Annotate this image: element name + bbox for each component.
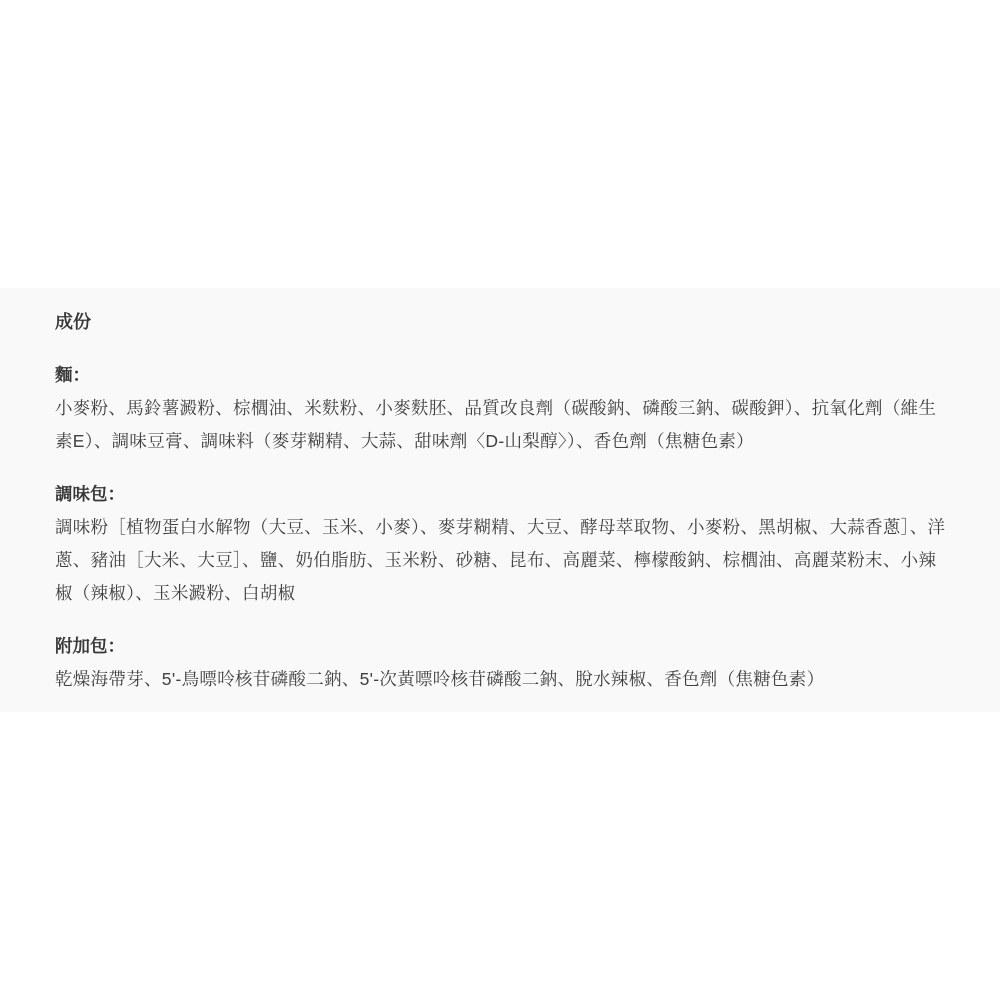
section-heading-noodle: 麵： [55,359,946,392]
section-body-addon: 乾燥海帶芽、5'-鳥嘌呤核苷磷酸二鈉、5'-次黃嘌呤核苷磷酸二鈉、脫水辣椒、香色… [55,663,946,696]
ingredients-title: 成份 [55,306,946,339]
section-body-noodle: 小麥粉、馬鈴薯澱粉、棕櫚油、米麩粉、小麥麩胚、品質改良劑（碳酸鈉、磷酸三鈉、碳酸… [55,392,946,458]
section-heading-addon: 附加包： [55,630,946,663]
ingredient-section-noodle: 麵： 小麥粉、馬鈴薯澱粉、棕櫚油、米麩粉、小麥麩胚、品質改良劑（碳酸鈉、磷酸三鈉… [55,359,946,458]
section-heading-seasoning: 調味包： [55,478,946,511]
ingredient-section-seasoning: 調味包： 調味粉［植物蛋白水解物（大豆、玉米、小麥）、麥芽糊精、大豆、酵母萃取物… [55,478,946,610]
section-body-seasoning: 調味粉［植物蛋白水解物（大豆、玉米、小麥）、麥芽糊精、大豆、酵母萃取物、小麥粉、… [55,511,946,610]
ingredient-section-addon: 附加包： 乾燥海帶芽、5'-鳥嘌呤核苷磷酸二鈉、5'-次黃嘌呤核苷磷酸二鈉、脫水… [55,630,946,696]
ingredients-panel: 成份 麵： 小麥粉、馬鈴薯澱粉、棕櫚油、米麩粉、小麥麩胚、品質改良劑（碳酸鈉、磷… [0,288,1000,712]
page: { "page": { "background": "#ffffff", "pa… [0,0,1000,1000]
